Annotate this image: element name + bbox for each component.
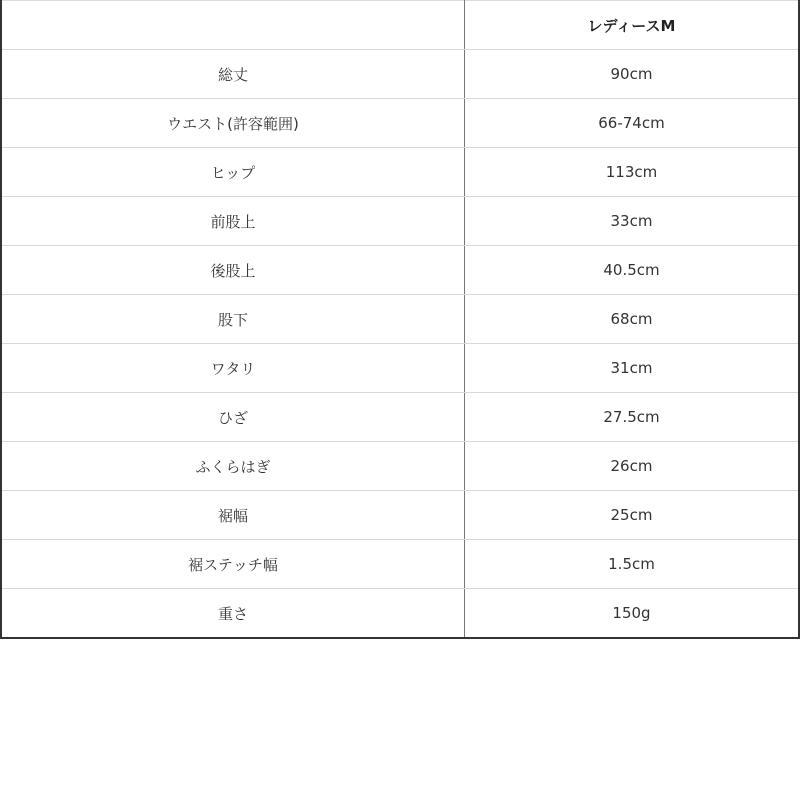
row-value: 68cm — [465, 295, 800, 344]
row-label: 前股上 — [1, 197, 465, 246]
table-row: ひざ27.5cm — [1, 393, 799, 442]
row-value: 33cm — [465, 197, 800, 246]
header-row: レディースM — [1, 1, 799, 50]
row-label: ヒップ — [1, 148, 465, 197]
row-value: 150g — [465, 589, 800, 639]
table-row: 後股上40.5cm — [1, 246, 799, 295]
row-value: 90cm — [465, 50, 800, 99]
row-label: 後股上 — [1, 246, 465, 295]
table-row: 重さ150g — [1, 589, 799, 639]
row-label: 裾幅 — [1, 491, 465, 540]
header-size-cell: レディースM — [465, 1, 800, 50]
row-value: 31cm — [465, 344, 800, 393]
row-label: 重さ — [1, 589, 465, 639]
table-row: ヒップ113cm — [1, 148, 799, 197]
table-row: ワタリ31cm — [1, 344, 799, 393]
row-label: 股下 — [1, 295, 465, 344]
size-table: レディースM 総丈90cm ウエスト(許容範囲)66-74cm ヒップ113cm… — [0, 0, 800, 639]
row-value: 1.5cm — [465, 540, 800, 589]
table-row: 股下68cm — [1, 295, 799, 344]
row-value: 66-74cm — [465, 99, 800, 148]
row-label: ふくらはぎ — [1, 442, 465, 491]
row-label: 総丈 — [1, 50, 465, 99]
table-row: 裾ステッチ幅1.5cm — [1, 540, 799, 589]
table-row: ふくらはぎ26cm — [1, 442, 799, 491]
table-row: 前股上33cm — [1, 197, 799, 246]
row-value: 26cm — [465, 442, 800, 491]
table-row: 総丈90cm — [1, 50, 799, 99]
row-label: ウエスト(許容範囲) — [1, 99, 465, 148]
table-row: ウエスト(許容範囲)66-74cm — [1, 99, 799, 148]
row-label: ワタリ — [1, 344, 465, 393]
row-value: 40.5cm — [465, 246, 800, 295]
row-value: 113cm — [465, 148, 800, 197]
row-value: 25cm — [465, 491, 800, 540]
row-label: 裾ステッチ幅 — [1, 540, 465, 589]
table-row: 裾幅25cm — [1, 491, 799, 540]
header-empty-cell — [1, 1, 465, 50]
row-value: 27.5cm — [465, 393, 800, 442]
row-label: ひざ — [1, 393, 465, 442]
